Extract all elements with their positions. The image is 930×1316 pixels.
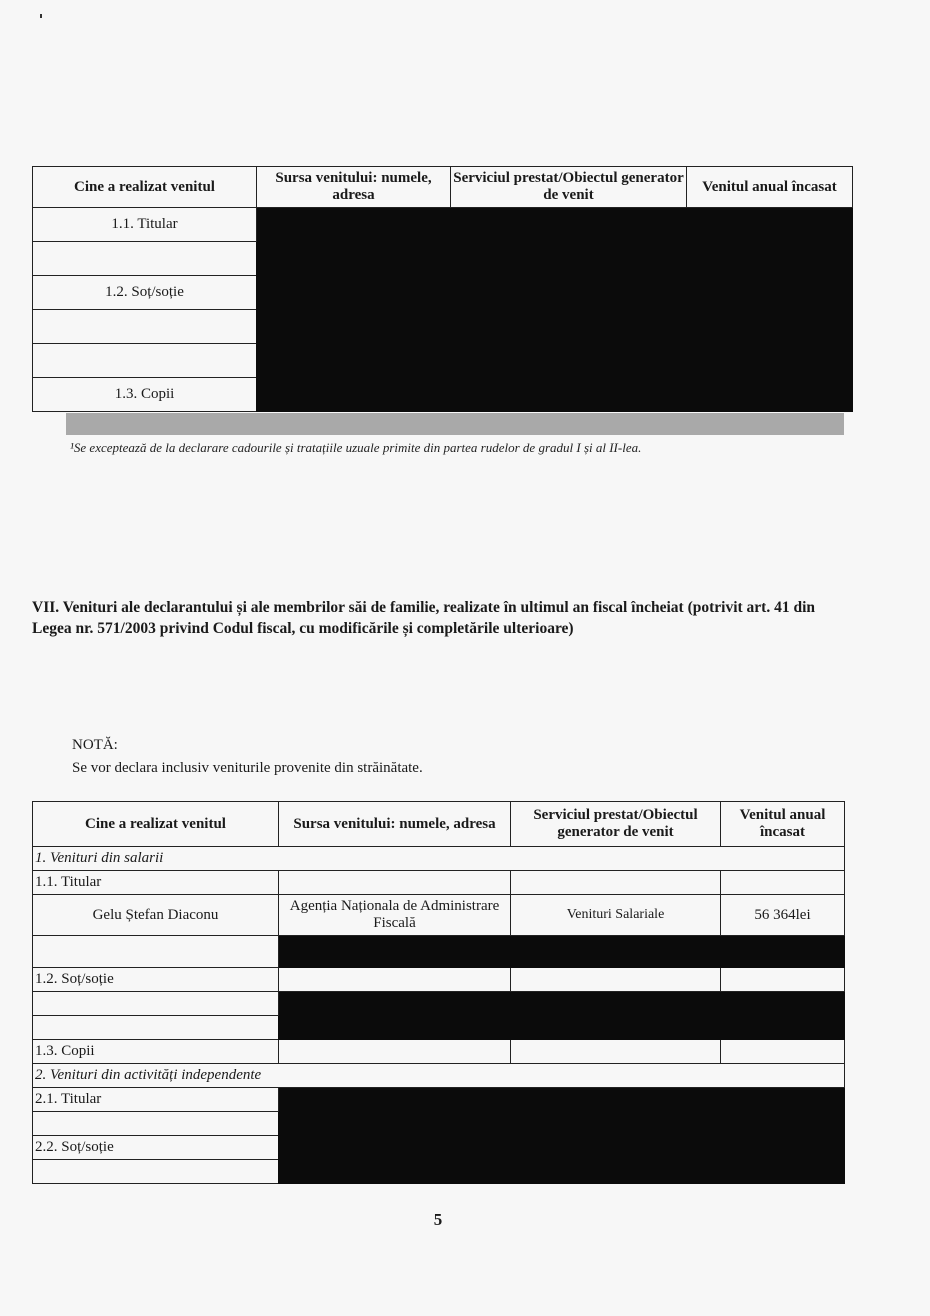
empty-cell bbox=[511, 968, 721, 992]
group-label-independent: 2. Venituri din activități independente bbox=[33, 1064, 845, 1088]
column-header-income: Venitul anual încasat bbox=[721, 802, 845, 847]
income-table-previous-section: Cine a realizat venitul Sursa venitului:… bbox=[32, 166, 853, 412]
scan-speck bbox=[40, 14, 42, 18]
empty-cell bbox=[279, 1040, 511, 1064]
row-label-children: 1.3. Copii bbox=[33, 378, 257, 412]
empty-cell bbox=[279, 871, 511, 895]
empty-cell bbox=[721, 871, 845, 895]
row-label-titular: 1.1. Titular bbox=[33, 871, 279, 895]
redacted-block bbox=[279, 936, 845, 968]
page-number: 5 bbox=[0, 1210, 876, 1230]
column-header-service: Serviciul prestat/Obiectul generator de … bbox=[451, 167, 687, 208]
column-header-who: Cine a realizat venitul bbox=[33, 167, 257, 208]
section-title: VII. Venituri ale declarantului și ale m… bbox=[32, 597, 852, 639]
row-label-empty bbox=[33, 310, 257, 344]
row-label-spouse: 2.2. Soț/soție bbox=[33, 1136, 279, 1160]
column-header-income: Venitul anual încasat bbox=[687, 167, 853, 208]
empty-cell bbox=[33, 1112, 279, 1136]
empty-cell bbox=[33, 1160, 279, 1184]
empty-cell bbox=[721, 968, 845, 992]
column-header-service: Serviciul prestat/Obiectul generator de … bbox=[511, 802, 721, 847]
group-label-salaries: 1. Venituri din salarii bbox=[33, 847, 845, 871]
empty-cell bbox=[279, 968, 511, 992]
row-label-spouse: 1.2. Soț/soție bbox=[33, 968, 279, 992]
empty-cell bbox=[511, 1040, 721, 1064]
column-header-source: Sursa venitului: numele, adresa bbox=[257, 167, 451, 208]
redacted-block bbox=[279, 1088, 845, 1184]
income-entry-who: Gelu Ștefan Diaconu bbox=[33, 895, 279, 936]
empty-cell bbox=[721, 1040, 845, 1064]
empty-cell bbox=[33, 992, 279, 1016]
empty-cell bbox=[511, 871, 721, 895]
income-table-section-vii: Cine a realizat venitul Sursa venitului:… bbox=[32, 801, 845, 1184]
row-label-empty bbox=[33, 344, 257, 378]
redacted-block bbox=[257, 208, 853, 412]
gray-shading-bar bbox=[66, 413, 844, 435]
row-label-spouse: 1.2. Soț/soție bbox=[33, 276, 257, 310]
column-header-who: Cine a realizat venitul bbox=[33, 802, 279, 847]
note-text: Se vor declara inclusiv veniturile prove… bbox=[72, 760, 423, 777]
row-label-empty bbox=[33, 242, 257, 276]
income-entry-amount: 56 364lei bbox=[721, 895, 845, 936]
column-header-source: Sursa venitului: numele, adresa bbox=[279, 802, 511, 847]
redacted-block bbox=[279, 992, 845, 1040]
empty-cell bbox=[33, 1016, 279, 1040]
income-entry-service: Venituri Salariale bbox=[511, 895, 721, 936]
note-title: NOTĂ: bbox=[72, 737, 118, 754]
footnote: ¹Se exceptează de la declarare cadourile… bbox=[70, 440, 641, 456]
income-entry-source: Agenția Naționala de Administrare Fiscal… bbox=[279, 895, 511, 936]
row-label-titular: 1.1. Titular bbox=[33, 208, 257, 242]
row-label-children: 1.3. Copii bbox=[33, 1040, 279, 1064]
row-label-titular: 2.1. Titular bbox=[33, 1088, 279, 1112]
empty-cell bbox=[33, 936, 279, 968]
